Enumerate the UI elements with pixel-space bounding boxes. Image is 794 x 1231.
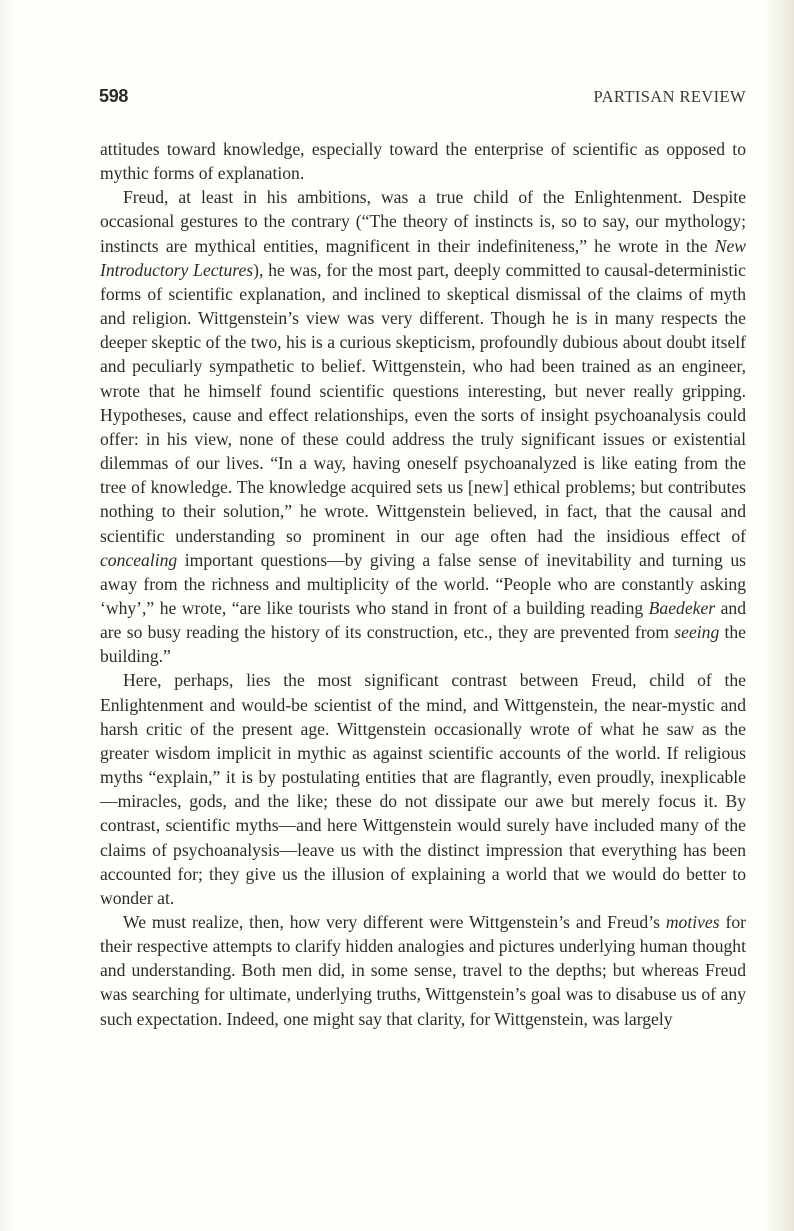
- italic-emphasis-concealing: concealing: [100, 550, 177, 570]
- text-span: We must realize, then, how very differen…: [123, 912, 666, 932]
- text-span: Here, perhaps, lies the most significant…: [100, 670, 746, 907]
- paragraph-2: Freud, at least in his ambitions, was a …: [100, 185, 746, 668]
- text-span: ), he was, for the most part, deeply com…: [100, 260, 746, 546]
- page-edge-shadow-right: [764, 0, 794, 1231]
- paragraph-3: Here, perhaps, lies the most significant…: [100, 668, 746, 910]
- running-head: 598 PARTISAN REVIEW: [99, 86, 746, 110]
- journal-title: PARTISAN REVIEW: [594, 87, 746, 107]
- paragraph-1: attitudes toward knowledge, especially t…: [100, 137, 746, 185]
- italic-emphasis-seeing: seeing: [674, 622, 719, 642]
- paragraph-4: We must realize, then, how very differen…: [100, 910, 746, 1031]
- italic-emphasis-motives: motives: [666, 912, 720, 932]
- article-body: attitudes toward knowledge, especially t…: [100, 137, 746, 1031]
- text-span: Freud, at least in his ambitions, was a …: [100, 187, 746, 255]
- page-edge-shadow-left: [0, 0, 14, 1231]
- italic-title-baedeker: Baedeker: [649, 598, 715, 618]
- text-span: attitudes toward knowledge, especially t…: [100, 139, 746, 183]
- page-number: 598: [99, 86, 128, 107]
